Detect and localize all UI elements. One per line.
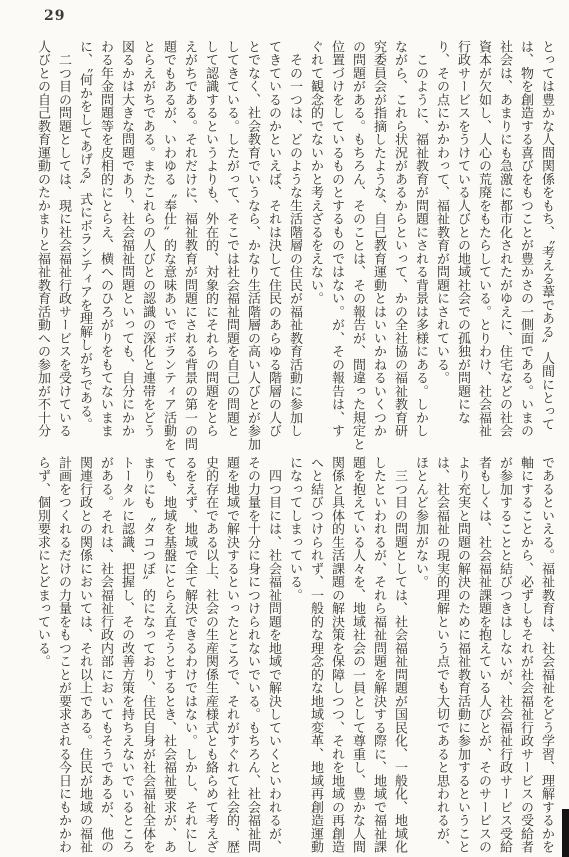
text-column: へと結びつけられず、一般的な理念的な地域変革、地域再創造運動 — [305, 456, 326, 854]
text-column: 図るかは大きな問題であり、社会福祉問題といっても、自分にかか — [116, 40, 137, 438]
text-column: 者もしくは、社会福祉課題を抱えている人びとが、そのサービスの — [473, 456, 494, 854]
text-column: まりにも〝タコつぼ〟的になっており、住民自身が社会福祉全体を — [137, 456, 158, 854]
text-column: トータルに認識、把握し、その改善方策を持ちえないでいるところ — [116, 456, 137, 854]
document-page: 29 とっては豊かな人間関係をもち、〝考える葦である〟人間にとっては、物を創造す… — [0, 0, 569, 857]
text-column: とっては豊かな人間関係をもち、〝考える葦である〟人間にとって — [536, 40, 557, 431]
text-column: らず、個別要求にとどまっている。 — [32, 456, 53, 668]
text-column: がある。それは、社会福祉行政内部においてもそうであるが、他の — [95, 456, 116, 854]
text-column: このように、福祉教育が問題にされる背景は多様にある。しかし — [410, 40, 431, 438]
text-column: ぐれて観念的でないかと考えざるをえない。 — [305, 40, 326, 305]
text-column: 関係と具体的生活課題の解決策を保障しつつ、それを地域の再創造 — [326, 456, 347, 854]
text-column: したといわれるが、それら福祉問題を解決する際に、地域で福祉課 — [368, 456, 389, 854]
text-column: の問題がある。もちろん、そのことは、その報告が、間違った規定と — [347, 40, 368, 451]
text-column: 軸にすることから、必ずしもそれが社会福祉行政サービスの受給者 — [515, 456, 536, 854]
text-column: 三つ目の問題としては、社会福祉問題が国民化、一般化、地域化 — [389, 456, 410, 854]
text-column: 人びとの自己教育運動のたかまりと福祉教育活動への参加が不十分 — [32, 40, 53, 438]
text-column: 社会は、あまりにも急激に都市化されたがゆえに、住宅などの社会 — [494, 40, 515, 438]
text-column: より充実と問題の解決のために福祉教育活動に参加するということ — [452, 456, 473, 854]
text-column: に、〝何かをしてあげる〟式にボランティアを理解しがちである。 — [74, 40, 95, 431]
text-column: とらえがちである。またこれらの人びとの認識の深化と連帯をどう — [137, 40, 158, 438]
page-number: 29 — [44, 8, 65, 24]
text-column: 関連行政との関係においては、それ以上である。住民が地域の福祉 — [74, 456, 95, 854]
text-column: 計画をつくれるだけの力量をもつことが要求される今日にもかかわ — [53, 456, 74, 854]
scan-artifact-bar — [562, 809, 569, 857]
text-column: ほとんど参加がない。 — [410, 456, 431, 589]
text-column: 題を抱えている人々を、地域社会の一員として尊重し、豊かな人間 — [347, 456, 368, 854]
text-column: は、物を創造する喜びをもつことが豊かさの一側面である。いまの — [515, 40, 536, 438]
text-column: ても、地域を基盤にとらえ直そうとするとき、社会福祉要求が、あ — [158, 456, 179, 854]
text-column: 題を地域で解決するといったところで、それがすぐれて社会的、歴 — [221, 456, 242, 854]
text-column: わる年金問題等を皮相的にとらえ、横へのひろがりをもてないまま — [95, 40, 116, 438]
text-column: その力量を十分に身につけられないでいる。もちろん、社会福祉問 — [242, 456, 263, 854]
text-column: であるといえる。福祉教育は、社会福祉をどう学習、理解するかを — [536, 456, 557, 854]
text-column: 行政サービスをうけている人びとの地域社会での孤独が問題にな — [452, 40, 473, 424]
text-column: 資本が欠如し、人心の荒廃をもたらしている。とりわけ、社会福祉 — [473, 40, 494, 438]
text-column: が参加することと結びつきはしないが、社会福祉行政サービス受給 — [494, 456, 515, 854]
text-column: とでなく、社会教育でいうなら、かなり生活階層の高い人びとが参加 — [242, 40, 263, 451]
text-column: 究委員会が指摘したような、自己教育運動とはいいかねるいくつか — [368, 40, 389, 438]
text-column: 二つ目の問題としては、現に社会福祉行政サービスを受けている — [53, 40, 74, 438]
text-column: てきているのかといえば、それは決して住民のあらゆる階層の人び — [263, 40, 284, 438]
text-column: は、社会福祉の現実的理解という点でも大切であると思われるが、 — [431, 456, 452, 854]
text-column: になってしまっている。 — [284, 456, 305, 602]
text-column: 題でもあるが、いわゆる〝奉仕〟的な意味あいでボランティア活動を — [158, 40, 179, 451]
text-column: ながら、これら状況があるからといって、かの全社協の福祉教育研 — [389, 40, 410, 438]
text-column: えがちである。それだけに、福祉教育が問題にされる背景の第一の問 — [179, 40, 200, 451]
text-block-upper: とっては豊かな人間関係をもち、〝考える葦である〟人間にとっては、物を創造する喜び… — [32, 40, 557, 451]
text-column: 位置づけをしているものとするものではない。が、その報告は、す — [326, 40, 347, 438]
text-column: り、その点にかかわって、福祉教育が問題にされている。 — [431, 40, 452, 385]
text-block-lower: であるといえる。福祉教育は、社会福祉をどう学習、理解するかを軸にすることから、必… — [32, 456, 557, 854]
text-column: るをえず、地域で全て解決できるわけではない。しかし、それにし — [179, 456, 200, 854]
text-column: 史的存在である以上、社会の生産関係生産様式とも絡らめて考えざ — [200, 456, 221, 854]
text-column: して認識するというよりも、外在的、対象的にそれらの問題をとら — [200, 40, 221, 438]
text-column: してきている。したがって、そこでは社会福祉問題を自己の問題と — [221, 40, 242, 438]
text-column: その一つは、どのような生活階層の住民が福祉教育活動に参加し — [284, 40, 305, 438]
text-column: 四つ目には、社会福祉問題を地域で解決していくといわれるが、 — [263, 456, 284, 854]
